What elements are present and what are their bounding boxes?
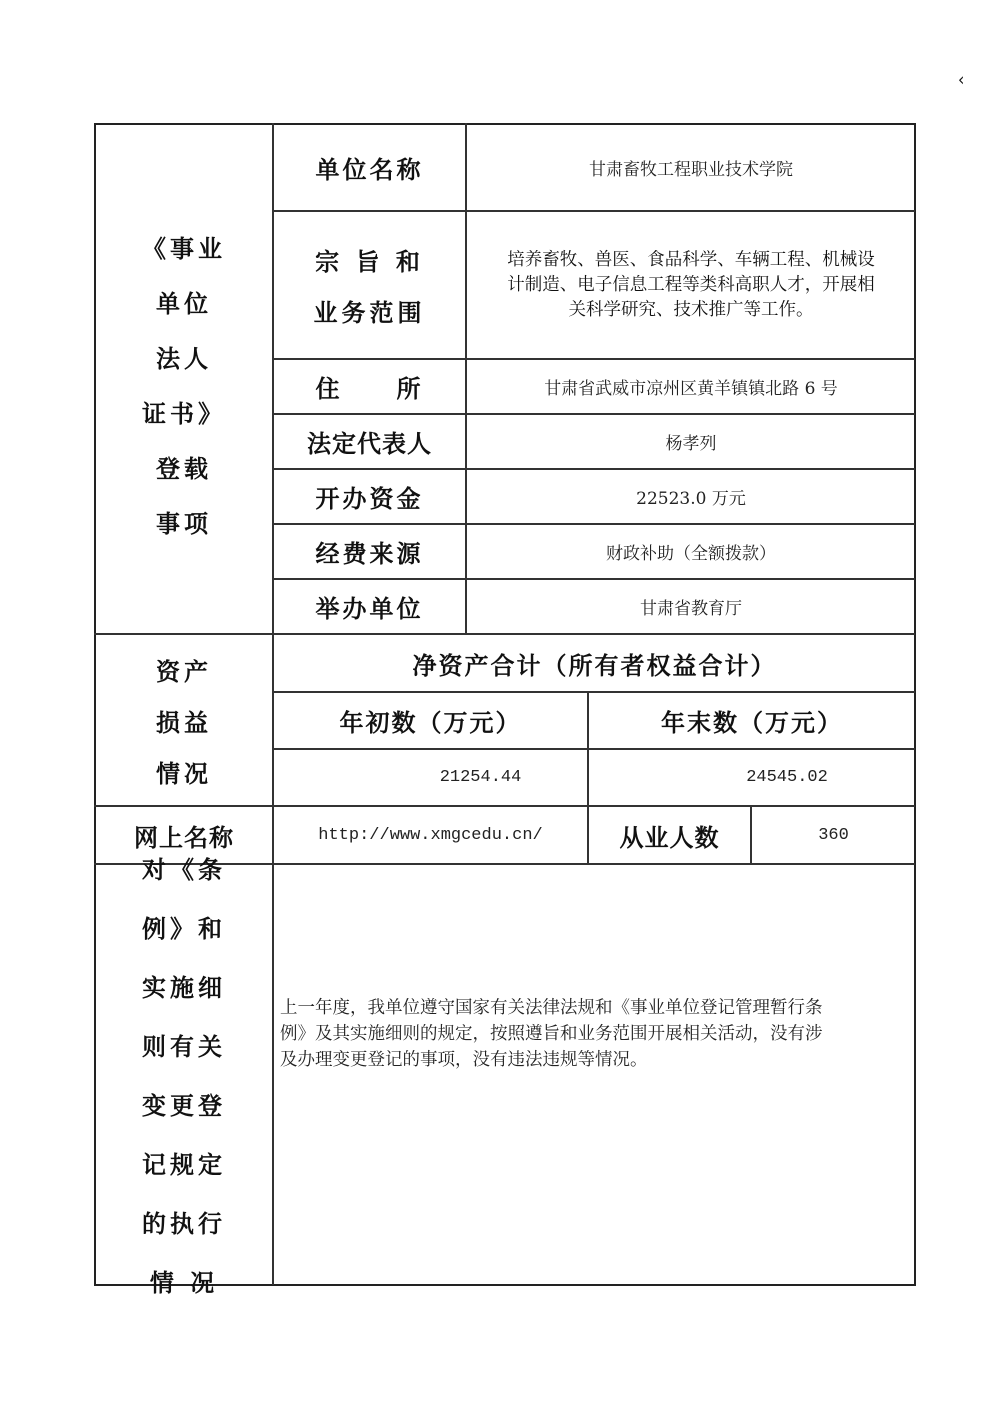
staff-count-value: 360 <box>752 807 915 863</box>
label-line: 变更登 <box>142 1086 226 1121</box>
text-line: 培养畜牧、兽医、食品科学、车辆工程、机械设 <box>507 248 875 273</box>
compliance-section-label: 对《条 例》和 实施细 则有关 变更登 记规定 的执行 情 况 <box>96 865 272 1283</box>
funding-source-value: 财政补助（全额拨款） <box>467 525 915 578</box>
assets-section-label: 资产 损益 情况 <box>96 635 272 805</box>
registered-funds-value: 22523.0 万元 <box>467 470 915 523</box>
label-line: 宗 旨 和 <box>315 242 424 277</box>
label-line: 法人 <box>156 339 212 374</box>
purpose-label: 宗 旨 和 业务范围 <box>274 212 465 358</box>
label-line: 《事业 <box>142 229 226 264</box>
label-line: 证书》 <box>142 394 226 429</box>
address-value: 甘肃省武威市凉州区黄羊镇镇北路 6 号 <box>467 360 915 413</box>
label-line: 登载 <box>156 449 212 484</box>
legal-representative-label: 法定代表人 <box>274 415 465 468</box>
compliance-text: 上一年度，我单位遵守国家有关法律法规和《事业单位登记管理暂行条 例》及其实施细则… <box>280 995 910 1073</box>
text-line: 关科学研究、技术推广等工作。 <box>569 298 814 323</box>
staff-count-label: 从业人数 <box>589 807 750 863</box>
net-assets-header: 净资产合计（所有者权益合计） <box>274 635 915 691</box>
text-line: 上一年度，我单位遵守国家有关法律法规和《事业单位登记管理暂行条 <box>280 995 910 1021</box>
registered-funds-label: 开办资金 <box>274 470 465 523</box>
website-url[interactable]: http://www.xmgcedu.cn/ <box>274 807 587 863</box>
label-line: 资产 <box>156 652 212 687</box>
certificate-section-label: 《事业 单位 法人 证书》 登载 事项 <box>96 125 272 633</box>
label-line: 情况 <box>156 754 212 789</box>
label-line: 情 况 <box>150 1263 218 1298</box>
label-line: 对《条 <box>142 850 226 885</box>
sponsor-label: 举办单位 <box>274 580 465 633</box>
label-line: 事项 <box>156 504 212 539</box>
legal-representative-value: 杨孝列 <box>467 415 915 468</box>
scan-mark: ‹ <box>958 69 964 90</box>
label-line: 则有关 <box>142 1027 226 1062</box>
end-year-header: 年末数（万元） <box>589 693 915 748</box>
label-line: 损益 <box>156 703 212 738</box>
beginning-year-header: 年初数（万元） <box>274 693 587 748</box>
label-line: 实施细 <box>142 968 226 1003</box>
unit-name-label: 单位名称 <box>274 125 465 210</box>
label-line: 例》和 <box>142 909 226 944</box>
label-line: 的执行 <box>142 1204 226 1239</box>
text-line: 及办理变更登记的事项，没有违法违规等情况。 <box>280 1047 910 1073</box>
unit-name-value: 甘肃畜牧工程职业技术学院 <box>467 125 915 210</box>
end-year-value: 24545.02 <box>589 750 915 805</box>
funding-source-label: 经费来源 <box>274 525 465 578</box>
sponsor-value: 甘肃省教育厅 <box>467 580 915 633</box>
label-line: 记规定 <box>142 1145 226 1180</box>
address-label: 住 所 <box>274 360 465 413</box>
text-line: 计制造、电子信息工程等类科高职人才，开展相 <box>507 273 875 298</box>
beginning-year-value: 21254.44 <box>274 750 587 805</box>
label-line: 业务范围 <box>314 293 426 328</box>
label-line: 单位 <box>156 284 212 319</box>
purpose-value: 培养畜牧、兽医、食品科学、车辆工程、机械设 计制造、电子信息工程等类科高职人才，… <box>467 212 915 358</box>
text-line: 例》及其实施细则的规定，按照遵旨和业务范围开展相关活动，没有涉 <box>280 1021 910 1047</box>
